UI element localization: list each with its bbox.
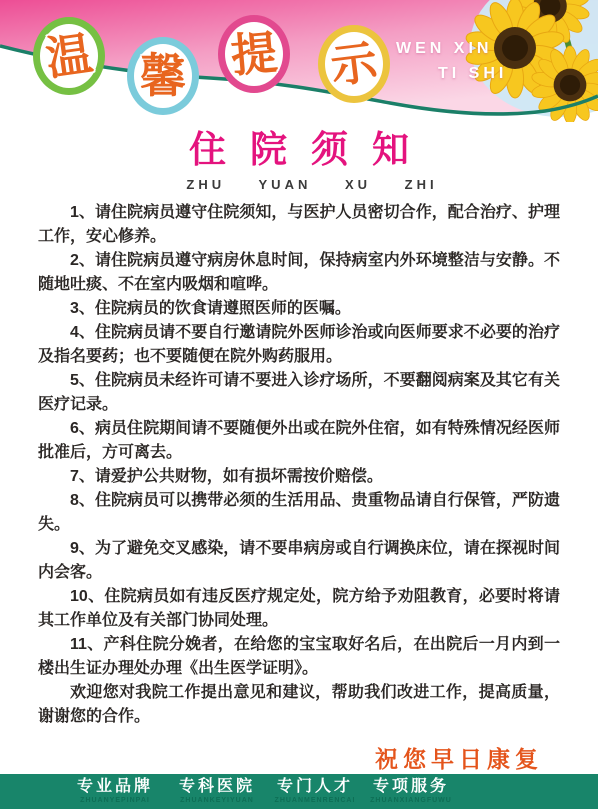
notice-item: 10、住院病员如有违反医疗规定处，院方给予劝阻教育，必要时将请其工作单位及有关部… (38, 585, 560, 633)
banner-circle-ti: 提 (218, 15, 290, 93)
page-title: 住院须知 (0, 131, 598, 172)
notice-item: 9、为了避免交叉感染，请不要串病房或自行调换床位，请在探视时间内会客。 (38, 537, 560, 585)
footer-pinyin: ZHUANYEPINPAI (60, 796, 170, 805)
notice-closing: 欢迎您对我院工作提出意见和建议，帮助我们改进工作，提高质量，谢谢您的合作。 (38, 681, 560, 729)
title-block: 住院须知 ZHU YUAN XU ZHI (0, 131, 598, 192)
notice-item: 5、住院病员未经许可请不要进入诊疗场所，不要翻阅病案及其它有关医疗记录。 (38, 369, 560, 417)
recovery-wish: 祝您早日康复 (0, 741, 598, 774)
banner-circle-wen: 温 (33, 17, 105, 95)
notice-item: 8、住院病员可以携带必须的生活用品、贵重物品请自行保管，严防遗失。 (38, 489, 560, 537)
header-banner: 温 馨 提 示 WEN XIN TI SHI (0, 0, 598, 122)
notice-item: 6、病员住院期间请不要随便外出或在院外住宿，如有特殊情况经医师批准后，方可离去。 (38, 417, 560, 465)
banner-pinyin-line2: TI SHI (438, 65, 507, 83)
banner-circle-xin: 馨 (127, 37, 199, 115)
notice-item: 1、请住院病员遵守住院须知，与医护人员密切合作，配合治疗、护理工作，安心修养。 (38, 201, 560, 249)
banner-char: 馨 (140, 53, 186, 99)
banner-char: 示 (328, 38, 379, 89)
banner-pinyin-line1: WEN XIN (396, 40, 492, 58)
notice-item: 4、住院病员请不要自行邀请院外医师诊治或向医师要求不必要的治疗及指名要药；也不要… (38, 321, 560, 369)
footer-bar: 专业品牌 ZHUANYEPINPAI 专科医院 ZHUANKEYIYUAN 专门… (0, 774, 598, 809)
hospital-notice-poster: { "header": { "banner_chars": [ {"char":… (0, 0, 598, 809)
footer-pinyin: ZHUANMENRENCAI (260, 796, 370, 805)
notice-item: 3、住院病员的饮食请遵照医师的医嘱。 (38, 297, 560, 321)
footer-item-talent: 专门人才 ZHUANMENRENCAI (260, 778, 370, 805)
notice-item: 2、请住院病员遵守病房休息时间，保持病室内外环境整洁与安静。不随地吐痰、不在室内… (38, 249, 560, 297)
notice-item: 7、请爱护公共财物，如有损坏需按价赔偿。 (38, 465, 560, 489)
banner-circle-shi: 示 (318, 25, 390, 103)
page-title-pinyin: ZHU YUAN XU ZHI (0, 177, 598, 192)
footer-item-service: 专项服务 ZHUANXIANGFUWU (356, 778, 466, 805)
footer-label: 专项服务 (356, 778, 466, 796)
footer-pinyin: ZHUANKEYIYUAN (162, 796, 272, 805)
footer-pinyin: ZHUANXIANGFUWU (356, 796, 466, 805)
banner-char: 提 (229, 29, 279, 79)
footer-item-brand: 专业品牌 ZHUANYEPINPAI (60, 778, 170, 805)
banner-char: 温 (43, 30, 95, 82)
notice-item: 11、产科住院分娩者，在给您的宝宝取好名后，在出院后一月内到一楼出生证办理处办理… (38, 633, 560, 681)
footer-label: 专门人才 (260, 778, 370, 796)
footer-label: 专业品牌 (60, 778, 170, 796)
notice-body: 1、请住院病员遵守住院须知，与医护人员密切合作，配合治疗、护理工作，安心修养。 … (0, 192, 598, 729)
footer-item-hospital: 专科医院 ZHUANKEYIYUAN (162, 778, 272, 805)
footer-label: 专科医院 (162, 778, 272, 796)
